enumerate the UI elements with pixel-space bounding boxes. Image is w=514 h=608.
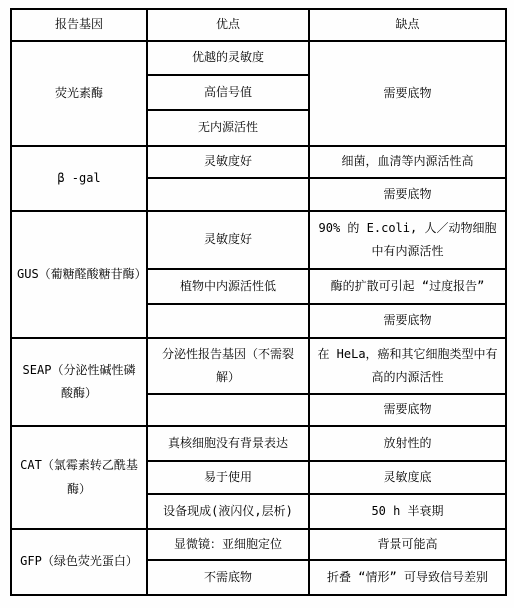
advantage-cell: [147, 304, 309, 338]
disadvantage-cell: 90% 的 E.coli, 人／动物细胞中有内源活性: [309, 211, 506, 269]
advantage-cell: 灵敏度好: [147, 211, 309, 269]
table-row: β -gal 灵敏度好 细菌，血清等内源活性高: [11, 146, 506, 178]
header-advantage: 优点: [147, 9, 309, 41]
gene-cell: CAT（氯霉素转乙酰基酶）: [11, 426, 147, 529]
disadvantage-cell: 灵敏度底: [309, 461, 506, 494]
table-row: SEAP（分泌性碱性磷酸酶） 分泌性报告基因（不需裂解） 在 HeLa，癌和其它…: [11, 338, 506, 394]
gene-cell: GUS（葡糖醛酸糖苷酶）: [11, 211, 147, 338]
gene-cell: GFP（绿色荧光蛋白）: [11, 529, 147, 595]
gene-cell: SEAP（分泌性碱性磷酸酶）: [11, 338, 147, 426]
advantage-cell: [147, 178, 309, 211]
advantage-cell: 易于使用: [147, 461, 309, 494]
disadvantage-cell: 在 HeLa，癌和其它细胞类型中有高的内源活性: [309, 338, 506, 394]
table-row: 荧光素酶 优越的灵敏度 需要底物: [11, 41, 506, 75]
table-row: GFP（绿色荧光蛋白） 显微镜：亚细胞定位 背景可能高: [11, 529, 506, 560]
gene-cell: 荧光素酶: [11, 41, 147, 146]
header-gene: 报告基因: [11, 9, 147, 41]
disadvantage-cell: 背景可能高: [309, 529, 506, 560]
advantage-cell: 显微镜：亚细胞定位: [147, 529, 309, 560]
advantage-cell: 分泌性报告基因（不需裂解）: [147, 338, 309, 394]
document-page: 报告基因 优点 缺点 荧光素酶 优越的灵敏度 需要底物 高信号值 无内源活性 β…: [0, 0, 514, 608]
disadvantage-cell: 酶的扩散可引起 “过度报告”: [309, 269, 506, 304]
disadvantage-cell: 需要底物: [309, 178, 506, 211]
reporter-gene-table: 报告基因 优点 缺点 荧光素酶 优越的灵敏度 需要底物 高信号值 无内源活性 β…: [10, 8, 507, 596]
advantage-cell: 高信号值: [147, 75, 309, 110]
header-disadvantage: 缺点: [309, 9, 506, 41]
header-row: 报告基因 优点 缺点: [11, 9, 506, 41]
advantage-cell: 优越的灵敏度: [147, 41, 309, 75]
table-row: CAT（氯霉素转乙酰基酶） 真核细胞没有背景表达 放射性的: [11, 426, 506, 461]
disadvantage-cell: 50 h 半衰期: [309, 494, 506, 529]
advantage-cell: 灵敏度好: [147, 146, 309, 178]
advantage-cell: 无内源活性: [147, 110, 309, 146]
advantage-cell: [147, 394, 309, 426]
advantage-cell: 不需底物: [147, 560, 309, 595]
gene-cell: β -gal: [11, 146, 147, 211]
disadvantage-cell: 细菌，血清等内源活性高: [309, 146, 506, 178]
advantage-cell: 植物中内源活性低: [147, 269, 309, 304]
advantage-cell: 真核细胞没有背景表达: [147, 426, 309, 461]
disadvantage-cell: 放射性的: [309, 426, 506, 461]
disadvantage-cell: 折叠 “情形” 可导致信号差别: [309, 560, 506, 595]
table-row: GUS（葡糖醛酸糖苷酶） 灵敏度好 90% 的 E.coli, 人／动物细胞中有…: [11, 211, 506, 269]
advantage-cell: 设备现成(液闪仪,层析): [147, 494, 309, 529]
disadvantage-cell: 需要底物: [309, 304, 506, 338]
disadvantage-cell: 需要底物: [309, 394, 506, 426]
disadvantage-cell: 需要底物: [309, 41, 506, 146]
